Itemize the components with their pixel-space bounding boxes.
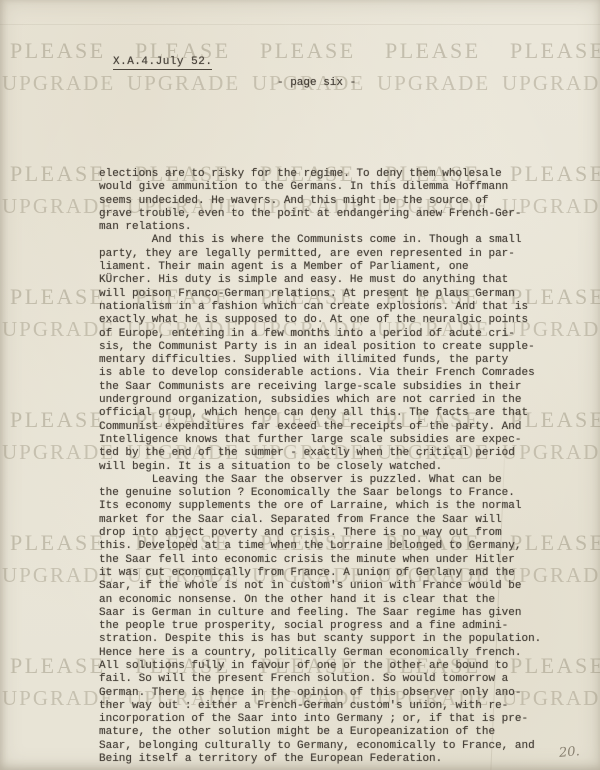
document-body-text: elections are to risky for the regime. T… (99, 168, 541, 766)
document-reference: X.A.4.July 52. (113, 56, 212, 70)
page-number-label: - page six - (277, 77, 356, 89)
handwritten-page-number: 20. (559, 744, 581, 761)
document-content: X.A.4.July 52. - page six - elections ar… (0, 0, 600, 770)
scanned-document-page: PLEASEPLEASEPLEASEPLEASEPLEASEUPGRADEUPG… (0, 0, 600, 770)
